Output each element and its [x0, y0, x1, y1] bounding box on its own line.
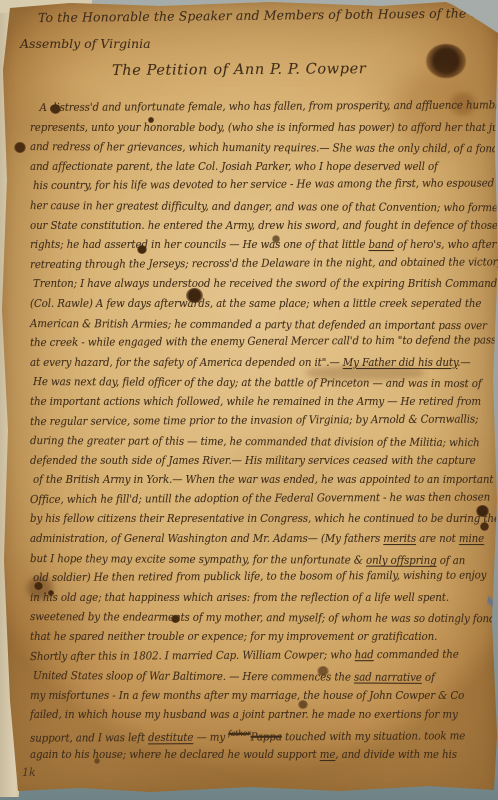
manuscript-line: retreating through the Jerseys; recross'… [30, 252, 460, 274]
ink-stain [14, 142, 26, 153]
manuscript-line: He was next day, field officer of the da… [33, 372, 460, 394]
salutation-line-1: To the Honorable the Speaker and Members… [38, 5, 488, 25]
manuscript-line: A distress'd and unfortunate female, who… [30, 96, 460, 118]
manuscript-line: represents, unto your honorable body, (w… [30, 118, 460, 138]
manuscript-body: A distress'd and unfortunate female, who… [30, 98, 492, 764]
manuscript-line: his country, for his life was devoted to… [33, 174, 460, 196]
manuscript-line: my misfortunes - In a few months after m… [30, 686, 460, 706]
manuscript-line: by his fellow citizens their Representat… [30, 509, 460, 529]
manuscript-line: defended the south side of James River.—… [30, 451, 460, 471]
manuscript-line: at every hazard, for the safety of Ameri… [30, 353, 460, 373]
manuscript-page: To the Honorable the Speaker and Members… [0, 0, 498, 800]
manuscript-line: (Col. Rawle) A few days afterwards, at t… [30, 294, 460, 314]
ink-stain [426, 44, 466, 78]
docket-mark: 1k [22, 766, 36, 779]
manuscript-line: again to his house; where he declared he… [30, 745, 460, 765]
petition-title: The Petition of Ann P. P. Cowper [112, 61, 366, 79]
salutation-line-2: Assembly of Virginia [20, 36, 151, 51]
manuscript-line: during the greater part of this — time, … [30, 431, 460, 453]
manuscript-line: that he spared neither trouble or expenc… [30, 627, 460, 647]
manuscript-line: Trenton; I have always understood he rec… [33, 274, 460, 294]
manuscript-line: the important actions which followed, wh… [30, 392, 460, 412]
manuscript-line: the creek - while engaged with the enemy… [30, 331, 460, 353]
manuscript-line: her cause in her greatest difficulty, an… [30, 196, 460, 218]
manuscript-line: administration, of General Washington an… [30, 529, 460, 549]
manuscript-line: sweetened by the endearments of my mothe… [30, 607, 460, 629]
manuscript-line: the regular service, some time prior to … [30, 409, 460, 431]
manuscript-line: support, and I was left destitute — my f… [30, 723, 460, 745]
manuscript-line: our State constitution. he entered the A… [30, 216, 460, 236]
manuscript-line: and redress of her grievances, which hum… [30, 137, 460, 159]
manuscript-line: Office, which he fill'd; untill the adop… [30, 487, 460, 509]
manuscript-line: in his old age; that happiness which ari… [30, 588, 460, 608]
manuscript-line: of the British Army in York.— When the w… [33, 470, 460, 490]
manuscript-line: Shortly after this in 1802. I married Ca… [30, 644, 460, 666]
document-scan: To the Honorable the Speaker and Members… [0, 0, 498, 800]
manuscript-line: United States sloop of War Baltimore. — … [33, 666, 460, 688]
manuscript-line: old soldier) He then retired from public… [33, 566, 460, 588]
manuscript-line: rights; he had asserted in her councils … [30, 235, 460, 255]
